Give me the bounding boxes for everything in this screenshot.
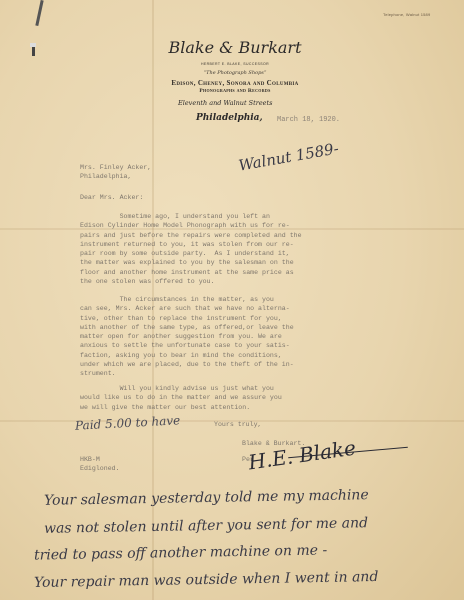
letterhead-brands: Edison, Cheney, Sonora and Columbia [115,79,355,87]
letter-page: Telephone, Walnut 1589 Blake & Burkart H… [0,0,464,600]
letterhead-successor: HERBERT E. BLAKE, SUCCESSOR [180,62,290,66]
paragraph-1: Sometime ago, I understand you left an E… [80,212,302,286]
closing: Yours truly, [214,420,261,429]
reference-initials: HKB-M [80,455,100,464]
handwritten-reply-line: Your repair man was outside when I went … [34,569,379,591]
letterhead-company: Blake & Burkart [160,38,310,57]
handwritten-payment-note: Paid 5.00 to have [75,413,181,432]
handwritten-reply-line: was not stolen until after you sent for … [44,515,368,537]
letterhead-telephone: Telephone, Walnut 1589 [383,12,430,17]
pin-icon [35,0,43,26]
paragraph-3: Will you kindly advise us just what you … [80,384,282,412]
staple-icon [32,46,35,56]
handwritten-reply-line: tried to pass off another machine on me … [34,542,327,563]
letterhead-slogan: “The Photograph Shops” [170,70,300,76]
letterhead-city: Philadelphia, [196,113,263,123]
paragraph-2: The circumstances in the matter, as you … [80,295,294,379]
salutation: Dear Mrs. Acker: [80,193,143,202]
letter-date: March 18, 1920. [277,116,340,124]
letterhead-products: Phonographs and Records [150,88,320,94]
recipient-city: Philadelphia, [80,172,131,181]
recipient-name: Mrs. Finley Acker, [80,163,151,172]
handwritten-phone-note: Walnut 1589- [237,139,340,174]
handwritten-reply-line: Your salesman yesterday told me my machi… [44,487,369,509]
reference-enclosure: Edigloned. [80,464,120,473]
letterhead-address: Eleventh and Walnut Streets [178,99,272,107]
